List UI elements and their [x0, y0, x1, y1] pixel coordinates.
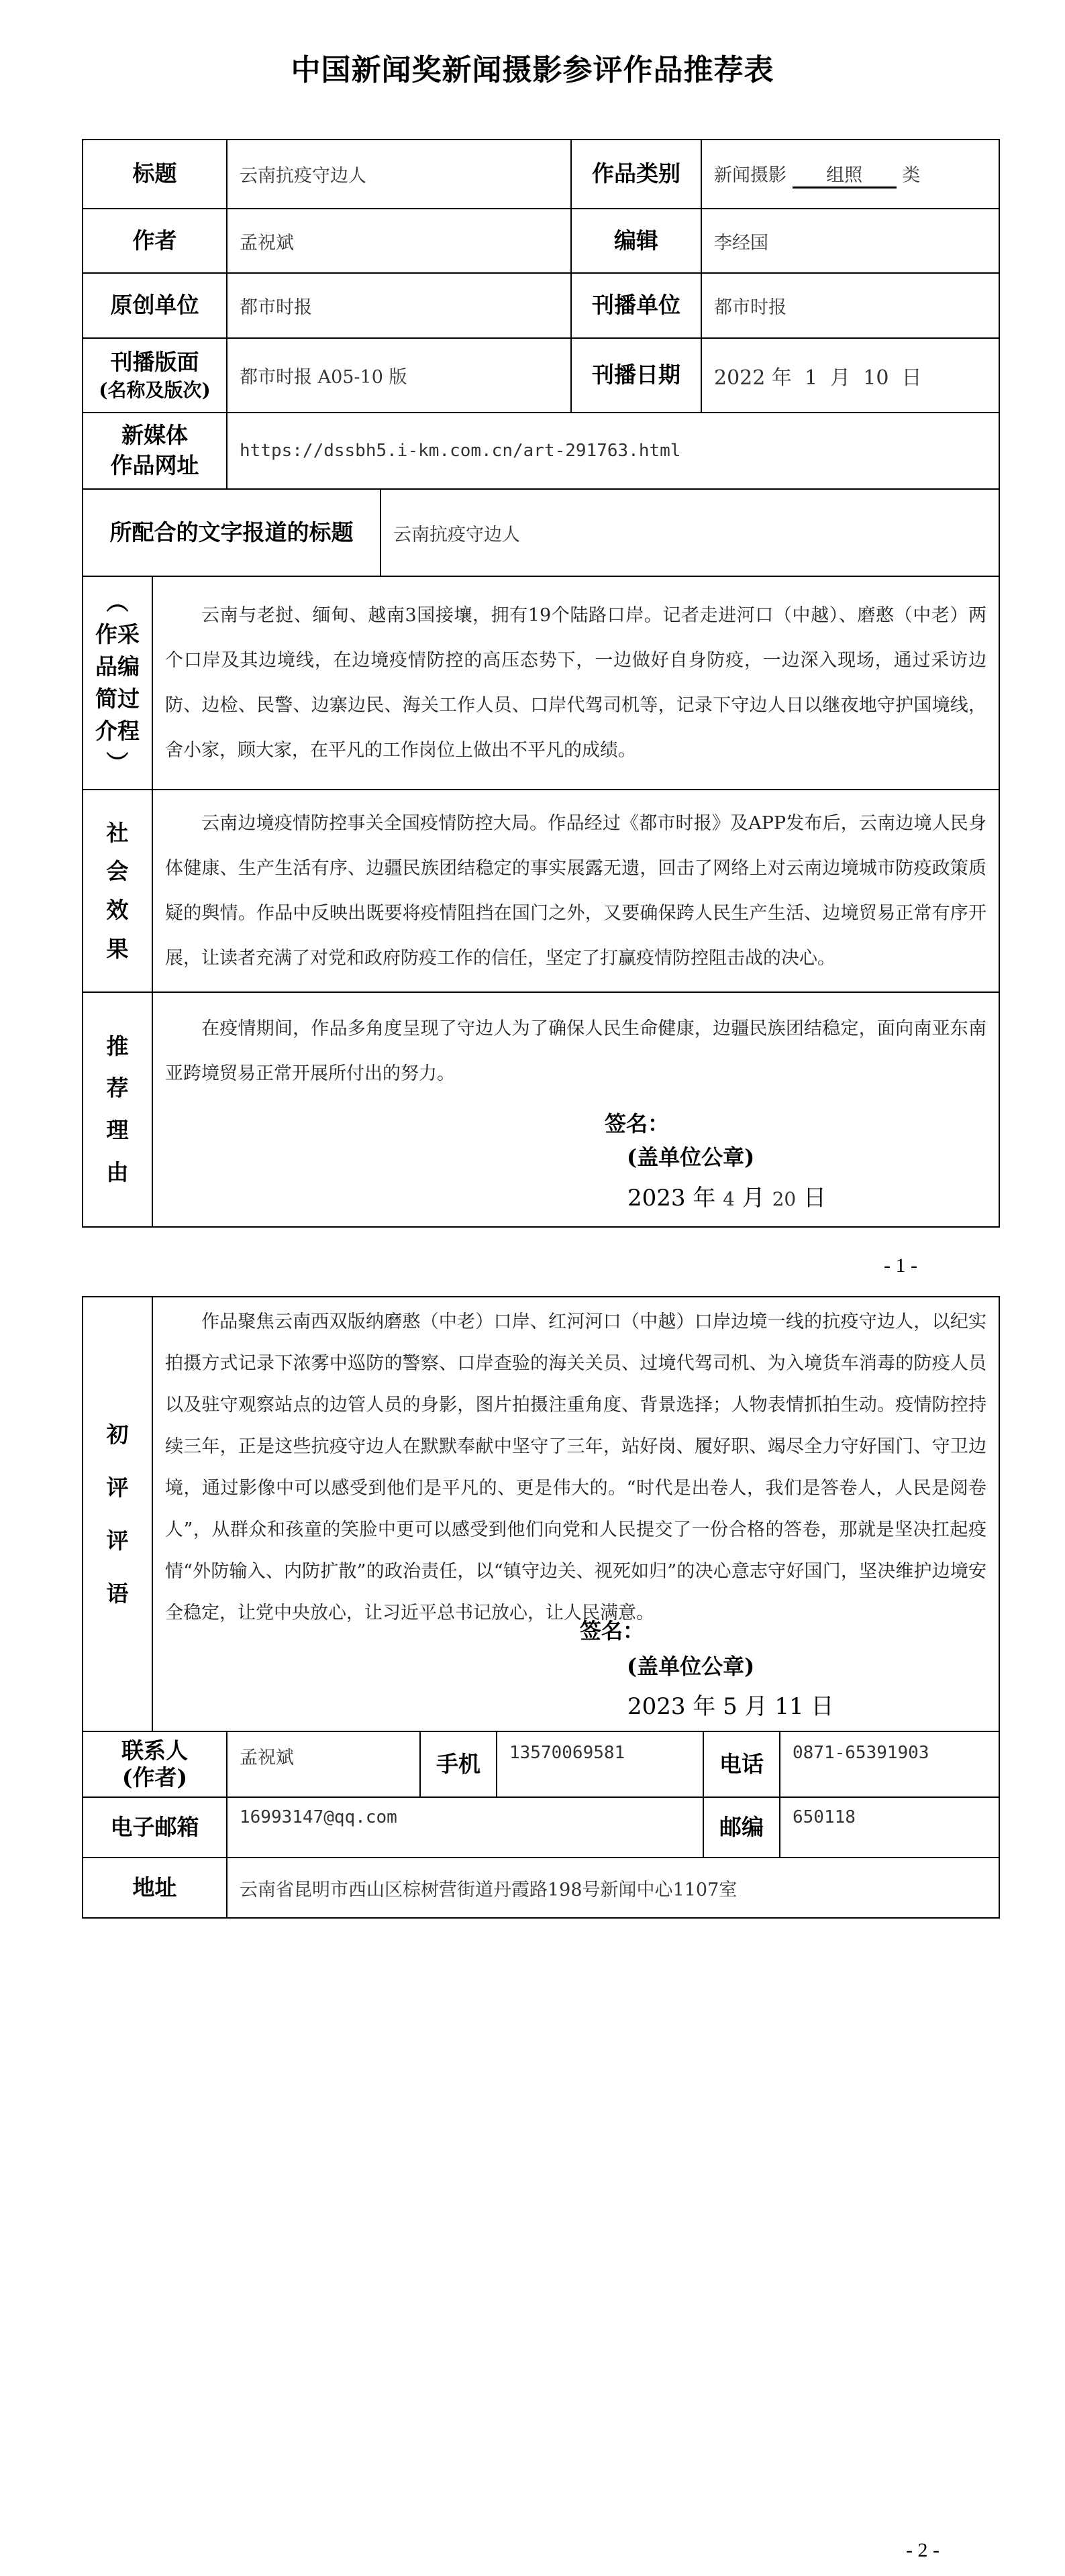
row-review: 初 评 评 语 作品聚焦云南西双版纳磨憨（中老）口岸、红河河口（中越）口岸边境一… [83, 1297, 999, 1731]
recommendation-form-page1: 标题 云南抗疫守边人 作品类别 新闻摄影 组照 类 作者 孟祝斌 编辑 李经国 … [82, 139, 1000, 1228]
recommend-char: 理 [83, 1110, 152, 1152]
page-number-1: - 1 - [884, 1254, 917, 1277]
recommend-year: 2023 [627, 1185, 686, 1212]
month-char: 月 [742, 1185, 765, 1212]
editor-value: 李经国 [701, 209, 999, 273]
category-prefix: 新闻摄影 [714, 165, 787, 186]
process-text: 云南与老挝、缅甸、越南3国接壤，拥有19个陆路口岸。记者走进河口（中越）、磨憨（… [153, 593, 999, 773]
newmedia-label: 新媒体 作品网址 [83, 413, 227, 489]
row-author: 作者 孟祝斌 编辑 李经国 [83, 209, 999, 273]
address-label: 地址 [83, 1858, 227, 1918]
recommend-text: 在疫情期间，作品多角度呈现了守边人为了确保人民生命健康，边疆民族团结稳定，面向南… [153, 1006, 999, 1096]
recommend-date: 2023 年 4 月 20 日 [627, 1179, 826, 1212]
publish-unit-value: 都市时报 [701, 273, 999, 338]
social-effect-char: 社 [83, 814, 152, 853]
process-text-cell: 云南与老挝、缅甸、越南3国接壤，拥有19个陆路口岸。记者走进河口（中越）、磨憨（… [152, 576, 999, 790]
recommend-cell: 在疫情期间，作品多角度呈现了守边人为了确保人民生命健康，边疆民族团结稳定，面向南… [152, 992, 999, 1227]
postcode-value: 650118 [780, 1797, 999, 1858]
review-char: 评 [83, 1514, 152, 1567]
matched-text-label: 所配合的文字报道的标题 [83, 489, 381, 576]
publish-date-label: 刊播日期 [571, 338, 701, 413]
layout-value: 都市时报 A05-10 版 [227, 338, 571, 413]
recommend-char: 推 [83, 1026, 152, 1068]
publish-month: 1 [805, 366, 817, 390]
row-layout-date: 刊播版面 (名称及版次) 都市时报 A05-10 版 刊播日期 2022 年 1… [83, 338, 999, 413]
publish-year: 2022 [714, 366, 765, 390]
recommend-label: 推 荐 理 由 [83, 992, 152, 1227]
social-effect-char: 果 [83, 930, 152, 969]
row-social-effect: 社 会 效 果 云南边境疫情防控事关全国疫情防控大局。作品经过《都市时报》及AP… [83, 790, 999, 992]
recommend-seal-label: (盖单位公章) [627, 1140, 754, 1171]
process-label-line4: 介程 [83, 715, 152, 747]
review-char: 语 [83, 1567, 152, 1620]
social-effect-text: 云南边境疫情防控事关全国疫情防控大局。作品经过《都市时报》及APP发布后，云南边… [153, 801, 999, 981]
author-value: 孟祝斌 [227, 209, 571, 273]
review-char: 评 [83, 1461, 152, 1514]
recommendation-form-page2: 初 评 评 语 作品聚焦云南西双版纳磨憨（中老）口岸、红河河口（中越）口岸边境一… [82, 1296, 1000, 1919]
year-char: 年 [693, 1185, 715, 1212]
row-recommend: 推 荐 理 由 在疫情期间，作品多角度呈现了守边人为了确保人民生命健康，边疆民族… [83, 992, 999, 1227]
recommend-month: 4 [723, 1188, 735, 1210]
address-value: 云南省昆明市西山区棕树营街道丹霞路198号新闻中心1107室 [227, 1858, 999, 1918]
social-effect-cell: 云南边境疫情防控事关全国疫情防控大局。作品经过《都市时报》及APP发布后，云南边… [152, 790, 999, 992]
matched-text-value: 云南抗疫守边人 [381, 489, 999, 576]
phone-value: 0871-65391903 [780, 1731, 999, 1797]
email-value[interactable]: 16993147@qq.com [227, 1797, 703, 1858]
review-text: 作品聚焦云南西双版纳磨憨（中老）口岸、红河河口（中越）口岸边境一线的抗疫守边人，… [153, 1301, 999, 1634]
review-cell: 作品聚焦云南西双版纳磨憨（中老）口岸、红河河口（中越）口岸边境一线的抗疫守边人，… [152, 1297, 999, 1731]
review-seal-label: (盖单位公章) [627, 1650, 754, 1680]
recommend-day: 20 [772, 1188, 797, 1210]
process-label: ︵ 作采 品编 简过 介程 ︶ [83, 576, 152, 790]
email-label: 电子邮箱 [83, 1797, 227, 1858]
review-year: 2023 [627, 1693, 686, 1720]
row-units: 原创单位 都市时报 刊播单位 都市时报 [83, 273, 999, 338]
newmedia-label-line1: 新媒体 [83, 421, 226, 451]
row-contact: 联系人 (作者) 孟祝斌 手机 13570069581 电话 0871-6539… [83, 1731, 999, 1797]
process-label-bracket-close: ︶ [83, 747, 152, 780]
row-matched-text: 所配合的文字报道的标题 云南抗疫守边人 [83, 489, 999, 576]
review-month: 5 [723, 1693, 738, 1720]
mobile-value: 13570069581 [497, 1731, 703, 1797]
month-char: 月 [745, 1693, 768, 1720]
contact-label: 联系人 (作者) [83, 1731, 227, 1797]
social-effect-label: 社 会 效 果 [83, 790, 152, 992]
year-char: 年 [693, 1693, 715, 1720]
publish-date-value: 2022 年 1 月 10 日 [701, 338, 999, 413]
review-date: 2023 年 5 月 11 日 [627, 1688, 834, 1721]
process-label-line3: 简过 [83, 683, 152, 715]
origin-unit-label: 原创单位 [83, 273, 227, 338]
publish-unit-label: 刊播单位 [571, 273, 701, 338]
day-char: 日 [902, 366, 922, 390]
category-suffix: 类 [902, 165, 920, 186]
row-email: 电子邮箱 16993147@qq.com 邮编 650118 [83, 1797, 999, 1858]
layout-label: 刊播版面 (名称及版次) [83, 338, 227, 413]
month-char: 月 [830, 366, 850, 390]
editor-label: 编辑 [571, 209, 701, 273]
row-newmedia: 新媒体 作品网址 https://dssbh5.i-km.com.cn/art-… [83, 413, 999, 489]
category-fill: 组照 [793, 160, 897, 189]
contact-label-line1: 联系人 [83, 1737, 226, 1764]
process-label-line2: 品编 [83, 651, 152, 683]
title-value: 云南抗疫守边人 [227, 140, 571, 209]
category-label: 作品类别 [571, 140, 701, 209]
process-label-line1: 作采 [83, 619, 152, 651]
layout-label-line1: 刊播版面 [83, 347, 226, 378]
newmedia-url[interactable]: https://dssbh5.i-km.com.cn/art-291763.ht… [227, 413, 999, 489]
social-effect-char: 会 [83, 852, 152, 891]
title-label: 标题 [83, 140, 227, 209]
phone-label: 电话 [703, 1731, 780, 1797]
process-label-bracket-open: ︵ [83, 586, 152, 619]
recommend-signature-label: 签名： [605, 1107, 669, 1138]
newmedia-label-line2: 作品网址 [83, 451, 226, 481]
postcode-label: 邮编 [703, 1797, 780, 1858]
row-address: 地址 云南省昆明市西山区棕树营街道丹霞路198号新闻中心1107室 [83, 1858, 999, 1918]
recommend-char: 由 [83, 1152, 152, 1194]
recommend-char: 荐 [83, 1067, 152, 1110]
social-effect-char: 效 [83, 891, 152, 930]
publish-day: 10 [863, 366, 889, 390]
category-value: 新闻摄影 组照 类 [701, 140, 999, 209]
review-label: 初 评 评 语 [83, 1297, 152, 1731]
review-signature-label: 签名： [580, 1614, 644, 1645]
day-char: 日 [811, 1693, 834, 1720]
review-day: 11 [774, 1693, 803, 1720]
origin-unit-value: 都市时报 [227, 273, 571, 338]
layout-label-line2: (名称及版次) [83, 378, 226, 403]
day-char: 日 [803, 1185, 826, 1212]
contact-value: 孟祝斌 [227, 1731, 420, 1797]
row-title: 标题 云南抗疫守边人 作品类别 新闻摄影 组照 类 [83, 140, 999, 209]
mobile-label: 手机 [420, 1731, 497, 1797]
review-char: 初 [83, 1408, 152, 1461]
page-number-2: - 2 - [906, 2539, 940, 2562]
contact-label-line2: (作者) [83, 1764, 226, 1791]
author-label: 作者 [83, 209, 227, 273]
year-char: 年 [772, 366, 792, 390]
row-process: ︵ 作采 品编 简过 介程 ︶ 云南与老挝、缅甸、越南3国接壤，拥有19个陆路口… [83, 576, 999, 790]
document-title: 中国新闻奖新闻摄影参评作品推荐表 [0, 46, 1065, 89]
